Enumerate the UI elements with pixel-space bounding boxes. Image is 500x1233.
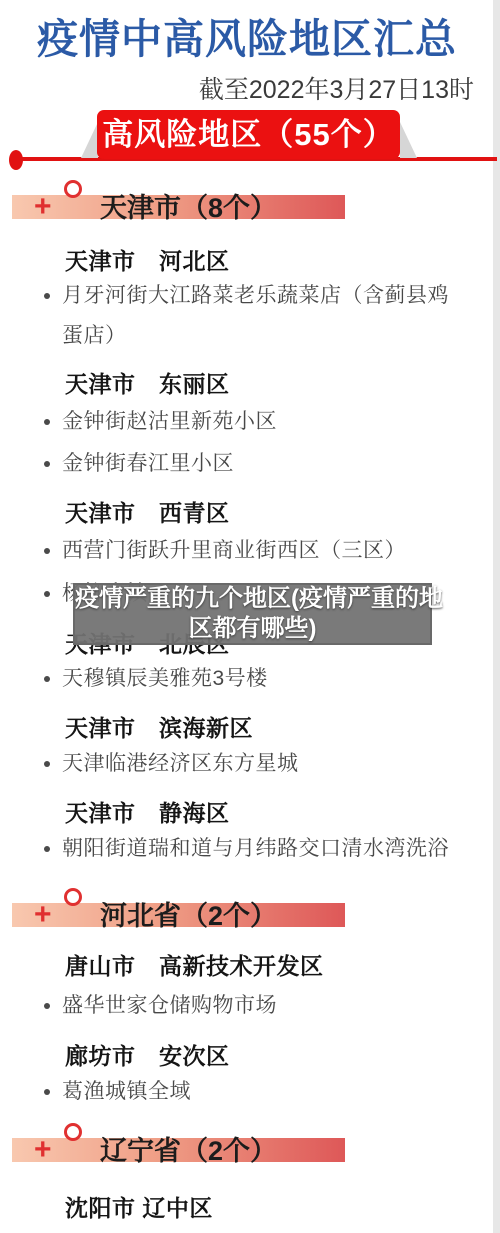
region-header: 沈阳市 辽中区 bbox=[65, 1190, 213, 1223]
section-title-liaoning: 辽宁省（2个） bbox=[100, 1129, 277, 1168]
list-item-text: 月牙河街大江路菜老乐蔬菜店（含蓟县鸡蛋店） bbox=[62, 284, 449, 347]
plus-icon: + bbox=[34, 1135, 52, 1165]
bullet-icon bbox=[44, 461, 50, 467]
region-header: 天津市 西青区 bbox=[65, 495, 230, 528]
page-edge-strip bbox=[493, 0, 500, 1233]
list-item: 朝阳街道瑞和道与月纬路交口清水湾洗浴 bbox=[62, 829, 466, 869]
section-title-hebei: 河北省（2个） bbox=[100, 894, 277, 933]
page-title: 疫情中高风险地区汇总 bbox=[37, 6, 477, 65]
list-item: 天津临港经济区东方星城 bbox=[62, 744, 466, 784]
list-item-text: 朝阳街道瑞和道与月纬路交口清水湾洗浴 bbox=[62, 837, 449, 860]
bullet-icon bbox=[44, 591, 50, 597]
bullet-icon bbox=[44, 1089, 50, 1095]
list-item: 天穆镇辰美雅苑3号楼 bbox=[62, 659, 466, 699]
list-item-text: 天穆镇辰美雅苑3号楼 bbox=[62, 667, 268, 690]
region-header: 天津市 东丽区 bbox=[65, 366, 230, 399]
list-item: 金钟街赵沽里新苑小区 bbox=[62, 402, 466, 442]
list-item-text: 葛渔城镇全域 bbox=[62, 1080, 191, 1103]
list-item: 西营门街跃升里商业街西区（三区） bbox=[62, 531, 466, 571]
list-item: 葛渔城镇全域 bbox=[62, 1072, 466, 1112]
list-item-text: 金钟街赵沽里新苑小区 bbox=[62, 410, 277, 433]
region-header: 唐山市 高新技术开发区 bbox=[65, 948, 324, 981]
list-item-text: 西营门街跃升里商业街西区（三区） bbox=[62, 539, 406, 562]
list-item: 月牙河街大江路菜老乐蔬菜店（含蓟县鸡蛋店） bbox=[62, 276, 466, 356]
circle-icon bbox=[64, 1123, 82, 1141]
plus-icon: + bbox=[34, 900, 52, 930]
bullet-icon bbox=[44, 1003, 50, 1009]
ribbon-fold-right-icon bbox=[400, 122, 417, 158]
infographic-page: 疫情中高风险地区汇总 截至2022年3月27日13时 高风险地区（55个） + … bbox=[0, 0, 500, 1233]
bullet-icon bbox=[44, 761, 50, 767]
list-item-text: 天津临港经济区东方星城 bbox=[62, 752, 299, 775]
watermark-overlay: 疫情严重的九个地区(疫情严重的地 区都有哪些) bbox=[73, 583, 432, 645]
high-risk-banner: 高风险地区（55个） bbox=[97, 110, 400, 159]
list-item: 盛华世家仓储购物市场 bbox=[62, 986, 466, 1026]
circle-icon bbox=[64, 888, 82, 906]
bullet-icon bbox=[44, 676, 50, 682]
date-note: 截至2022年3月27日13时 bbox=[54, 70, 474, 106]
bullet-icon bbox=[44, 548, 50, 554]
section-title-tianjin: 天津市（8个） bbox=[100, 186, 277, 225]
red-divider-dot-icon bbox=[9, 150, 23, 170]
list-item: 金钟街春江里小区 bbox=[62, 444, 466, 484]
list-item-text: 盛华世家仓储购物市场 bbox=[62, 994, 277, 1017]
plus-icon: + bbox=[34, 192, 52, 222]
watermark-line2: 区都有哪些) bbox=[75, 614, 430, 644]
list-item-text: 金钟街春江里小区 bbox=[62, 452, 234, 475]
bullet-icon bbox=[44, 293, 50, 299]
circle-icon bbox=[64, 180, 82, 198]
region-header: 天津市 河北区 bbox=[65, 243, 230, 276]
region-header: 廊坊市 安次区 bbox=[65, 1038, 230, 1071]
region-header: 天津市 静海区 bbox=[65, 795, 230, 828]
region-header: 天津市 滨海新区 bbox=[65, 710, 253, 743]
ribbon-fold-left-icon bbox=[81, 122, 98, 158]
bullet-icon bbox=[44, 419, 50, 425]
watermark-line1: 疫情严重的九个地区(疫情严重的地 bbox=[75, 584, 430, 614]
bullet-icon bbox=[44, 846, 50, 852]
